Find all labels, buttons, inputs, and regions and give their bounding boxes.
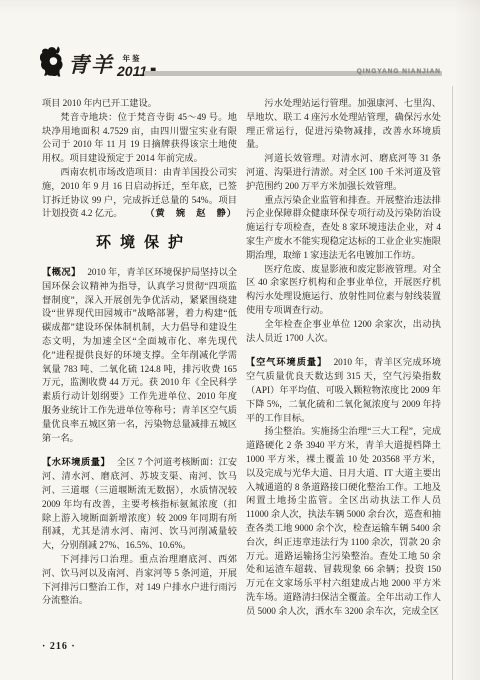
entry-water-text: 全区 7 个河道考核断面：江安河、清水河、磨底河、苏坡支渠、南河、饮马河、三道堰… — [42, 457, 237, 550]
paragraph-dust-control: 扬尘整治。实施扬尘治理“三大工程”，完成道路硬化 2 条 3940 平方米，青羊… — [246, 425, 441, 618]
paragraph-fanyinsi-plot: 梵音寺地块：位于梵音寺街 45～49 号。地块净用地面积 4.7529 亩，由四… — [42, 111, 237, 166]
paragraph-river-management: 河道长效管理。对清水河、磨底河等 31 条河道、沟渠进行清淤。对全区 100 千… — [246, 152, 441, 193]
left-column: 项目 2010 年内已开工建设。 梵音寺地块：位于梵音寺街 45～49 号。地块… — [42, 97, 237, 608]
section-title: 环境保护 — [42, 236, 237, 250]
paragraph-continuation: 项目 2010 年内已开工建设。 — [42, 97, 237, 111]
header-decorative-text: QINGYANG NIANJIAN — [357, 68, 441, 75]
page-number: · 216 · — [42, 641, 76, 652]
logo-year: 2011 — [117, 64, 147, 78]
paragraph-medical-waste: 医疗危废、废显影液和废定影液管理。对全区 40 余家医疗机构和企事业单位，开展医… — [246, 263, 441, 318]
entry-overview: 【概况】2010 年，青羊区环境保护局坚持以全国环保会议精神为指导，认真学习贯彻… — [42, 266, 237, 445]
entry-overview-text: 2010 年，青羊区环境保护局坚持以全国环保会议精神为指导，认真学习贯彻“四项监… — [42, 267, 237, 443]
entry-overview-label: 【概况】 — [42, 267, 81, 277]
logo-stack: 年鉴 2011 — [117, 53, 147, 78]
paragraph-inspections: 全年检查企事业单位 1200 余家次，出动执法人员近 1700 人次。 — [246, 318, 441, 346]
paragraph-sewage-stations: 污水处理站运行管理。加强康河、七里沟、旱地坎、联工 4 座污水处理站管理，确保污… — [246, 97, 441, 152]
entry-air-label: 【空气环境质量】 — [246, 357, 327, 367]
yearbook-logo: 青羊 年鉴 2011 ■ — [40, 44, 156, 78]
header-rule: QINGYANG NIANJIAN — [144, 71, 442, 76]
entry-air-text: 2010 年，青羊区完成环境空气质量优良天数达到 315 天，空气污染指数（AP… — [246, 357, 441, 422]
logo-title: 青羊 — [68, 55, 114, 78]
right-column: 污水处理站运行管理。加强康河、七里沟、旱地坎、联工 4 座污水处理站管理，确保污… — [246, 97, 441, 618]
goat-logo-icon — [40, 44, 66, 78]
entry-water-label: 【水环境质量】 — [42, 457, 110, 467]
scan-edge-line — [452, 86, 453, 680]
paragraph-polluter-supervision: 重点污染企业监管和排查。开展整治违法排污企业保障群众健康环保专项行动及污染防治设… — [246, 194, 441, 263]
page-header: 青羊 年鉴 2011 ■ QINGYANG NIANJIAN — [40, 44, 442, 80]
paragraph-outfall-treatment: 下河排污口治理。重点治理磨底河、西郊河、饮马河以及南河、肖家河等 5 条河道，开… — [42, 553, 237, 608]
entry-air-quality: 【空气环境质量】2010 年，青羊区完成环境空气质量优良天数达到 315 天，空… — [246, 356, 441, 425]
entry-water-quality: 【水环境质量】全区 7 个河道考核断面：江安河、清水河、磨底河、苏坡支渠、南河、… — [42, 456, 237, 553]
